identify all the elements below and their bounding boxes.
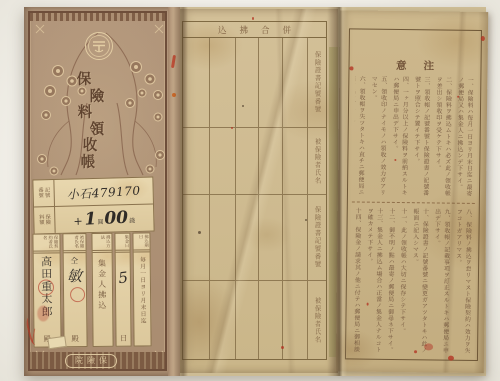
premium-amount-handwritten: + 1 圓 00 錢 bbox=[73, 207, 137, 230]
red-seal bbox=[70, 287, 85, 302]
notice-title: 意注 bbox=[349, 57, 480, 74]
combined-payment-page: 込拂合併 保險證書記號番號 bbox=[180, 9, 338, 373]
grid-cell bbox=[210, 38, 236, 128]
notice-item: 六、領收帳ヲ失ツタトキハ直チニ郵便局ニ届ケ出テ下サイ。 bbox=[354, 75, 365, 195]
collection-day-body: 5 日 bbox=[115, 253, 131, 346]
grid-cell bbox=[283, 195, 308, 281]
row-label: 被保險者氏名 bbox=[313, 138, 322, 185]
notice-item: 五、領收印ノナイモノハ領收ノ效力ガアリマセン。 bbox=[366, 76, 387, 196]
grid-cell bbox=[259, 281, 283, 359]
premium-label-cell: 保險料額 bbox=[34, 207, 56, 234]
serial-premium-slip: 記號番號 小石479170 保險料額 + 1 圓 bbox=[32, 177, 154, 235]
notice-border-frame: 意注 一、保險料ハ毎月一日ヨリ月末日迄ニ最寄ノ郵便局又ハ集金人ニ拂込ンデ下サイ。… bbox=[345, 28, 482, 361]
grid-cell bbox=[236, 38, 259, 128]
red-stain bbox=[394, 159, 396, 161]
receipt-booklet: 保險料領收帳 記號番號 小石479170 保險料額 bbox=[24, 7, 486, 376]
row-label: 被保險者氏名 bbox=[313, 297, 322, 344]
row-label-cell: 被保險者氏名 bbox=[308, 281, 326, 359]
serial-value-cell: 小石479170 bbox=[54, 178, 153, 206]
notice-item: 九、領收帳ノ記載事項ヲ訂正スルトキハ郵便局ニ申出デ下サイ。 bbox=[429, 208, 450, 354]
issuer-banner: 院險保 bbox=[65, 354, 117, 368]
serial-label: 記號番號 bbox=[37, 187, 50, 199]
grid-cell bbox=[283, 281, 308, 359]
dashed-divider bbox=[352, 201, 475, 204]
grid-cell bbox=[259, 38, 283, 128]
row-label-cell: 保險證書記號番號 bbox=[308, 195, 326, 281]
booklet-title: 保險料領收帳 bbox=[71, 68, 109, 168]
policyholder-header: 保險契約者氏名 bbox=[33, 234, 59, 253]
notice-item: 一、保險料ハ毎月一日ヨリ月末日迄ニ最寄ノ郵便局又ハ集金人ニ拂込ンデ下サイ。 bbox=[453, 77, 474, 197]
red-seal-smudge bbox=[37, 305, 49, 321]
due-period-column: 拂込期日 毎月一日ヨリ月末日迄 bbox=[133, 232, 152, 346]
red-stain bbox=[448, 356, 454, 361]
serial-row: 記號番號 小石479170 bbox=[33, 178, 153, 208]
red-stain bbox=[367, 303, 369, 306]
table-title: 込拂合併 bbox=[183, 22, 326, 38]
table-frame: 込拂合併 保險證書記號番號 bbox=[182, 21, 327, 360]
notice-item: 十一、此ノ領收帳ハ大切ニ保存シテ下サイ。 bbox=[396, 208, 407, 354]
insured-header: 被保險者氏名 bbox=[63, 234, 85, 253]
payment-method-column: 拂込方法 集金人拂込 bbox=[91, 233, 113, 347]
cover-spine bbox=[168, 7, 180, 376]
policy-info-slip: 保險契約者氏名 高田重太郎 殿 被保險者氏名 仝敏 殿 bbox=[32, 232, 151, 345]
due-period-header: 拂込期日 bbox=[134, 233, 150, 252]
red-stain bbox=[414, 350, 417, 353]
day-suffix: 日 bbox=[116, 333, 131, 344]
photo-background: 保險料領收帳 記號番號 小石479170 保險料額 bbox=[0, 0, 500, 381]
premium-value-cell: + 1 圓 00 錢 bbox=[55, 205, 154, 233]
notice-item: 十三、集金人ニ拂込ム場合ハ正當ノ集金人ナルコトヲ確カメテ下サイ。 bbox=[362, 208, 383, 354]
premium-sen-unit: 錢 bbox=[129, 215, 135, 224]
notice-item: 三、領收帳ノ記號番號ト保險證書ノ記號番號トヲ照合シテ置イテ下サイ。 bbox=[410, 76, 431, 196]
due-period-body: 毎月一日ヨリ月末日迄 bbox=[134, 252, 151, 345]
notice-bottom-block: 八、保險料ノ拂込ヲ怠リマスト保險契約ハ效力ヲ失フコトガアリマス。 九、領收帳ノ記… bbox=[352, 207, 472, 354]
notice-item: 十四、保險金ノ請求其ノ他ニ付テハ郵便局ニ御相談下サイ。 bbox=[352, 207, 361, 353]
red-stain bbox=[281, 346, 284, 349]
notice-top-block: 一、保險料ハ毎月一日ヨリ月末日迄ニ最寄ノ郵便局又ハ集金人ニ拂込ンデ下サイ。 二、… bbox=[354, 75, 473, 196]
insured-column: 被保險者氏名 仝敏 殿 bbox=[62, 233, 87, 347]
grid-cell bbox=[210, 281, 236, 359]
red-stain bbox=[424, 343, 433, 350]
notice-item: 八、保險料ノ拂込ヲ怠リマスト保險契約ハ效力ヲ失フコトガアリマス。 bbox=[451, 209, 472, 355]
grid-cell bbox=[236, 128, 259, 195]
cover-top-pattern-band bbox=[30, 13, 165, 21]
table-grid: 保險證書記號番號 被保險者氏名 bbox=[183, 38, 326, 359]
grid-cell bbox=[183, 195, 210, 281]
grid-cell bbox=[183, 281, 210, 359]
collection-day-header: 集金日 bbox=[115, 234, 130, 253]
premium-label: 保險料額 bbox=[38, 214, 51, 226]
grid-cell bbox=[283, 38, 308, 128]
red-seal bbox=[38, 279, 54, 295]
serial-label-cell: 記號番號 bbox=[33, 180, 55, 207]
row-label: 保險證書記號番號 bbox=[313, 51, 322, 113]
red-stain bbox=[481, 36, 485, 41]
notice-page: 意注 一、保險料ハ毎月一日ヨリ月末日迄ニ最寄ノ郵便局又ハ集金人ニ拂込ンデ下サイ。… bbox=[336, 10, 488, 373]
grid-cell bbox=[236, 281, 259, 359]
notice-item: 四、一ヶ月分以上ノ保險料ヲ前納スルトキハ郵便局ニ申出デ下サイ。 bbox=[388, 76, 409, 196]
grid-cell bbox=[236, 195, 259, 281]
insured-name-handwritten: 仝敏 bbox=[63, 256, 85, 285]
red-stain bbox=[457, 96, 459, 98]
payment-method-body: 集金人拂込 bbox=[92, 253, 112, 346]
premium-yen-unit: 圓 bbox=[97, 217, 103, 226]
collection-day-handwritten: 5 bbox=[115, 268, 132, 288]
grid-cell bbox=[183, 128, 210, 195]
due-period-value: 毎月一日ヨリ月末日迄 bbox=[137, 256, 147, 324]
postal-insurance-emblem-icon bbox=[85, 32, 113, 60]
cover-bottom-pattern-band: 院險保 bbox=[30, 352, 165, 369]
grid-cell bbox=[283, 128, 308, 195]
red-stain bbox=[349, 66, 353, 70]
row-label-cell: 保險證書記號番號 bbox=[308, 38, 326, 128]
ink-speck bbox=[305, 219, 307, 221]
grid-cell bbox=[259, 128, 283, 195]
premium-yen: 1 bbox=[84, 209, 97, 229]
notice-item: 二、保險料ヲ拂込ムトキハ必ズ此ノ領收帳ヲ差出シ領收印ヲ受ケテ下サイ。 bbox=[431, 76, 452, 196]
cover-page: 保險料領收帳 記號番號 小石479170 保險料額 bbox=[24, 7, 180, 376]
grid-cell bbox=[183, 38, 210, 128]
collection-day-column: 集金日 5 日 bbox=[114, 233, 132, 347]
ink-speck bbox=[198, 231, 201, 234]
payment-method-header: 拂込方法 bbox=[92, 234, 111, 253]
orange-dot-stain bbox=[172, 93, 176, 97]
insured-body: 仝敏 殿 bbox=[63, 253, 86, 346]
red-streak-stain bbox=[171, 55, 176, 68]
premium-prefix: + bbox=[73, 215, 83, 228]
notice-item: 十二、御不明ノ點ハ最寄ノ郵便局ニ御尋ネ下サイ。 bbox=[384, 208, 395, 354]
red-stain bbox=[252, 17, 254, 20]
ink-speck bbox=[242, 105, 244, 107]
notice-item: 十、保險證書ノ記號番號ニ變更ガアツタトキハ此ノ帳面ニ記入シマス。 bbox=[408, 208, 429, 354]
grid-cell bbox=[210, 128, 236, 195]
premium-row: 保險料額 + 1 圓 00 錢 bbox=[34, 205, 154, 234]
grid-cell bbox=[259, 195, 283, 281]
red-stain bbox=[231, 127, 233, 129]
premium-sen: 00 bbox=[104, 208, 128, 229]
row-label-cell: 被保險者氏名 bbox=[308, 128, 326, 195]
row-label: 保險證書記號番號 bbox=[313, 206, 322, 268]
payment-method-value: 集金人拂込 bbox=[96, 259, 108, 312]
serial-number-handwritten: 小石479170 bbox=[66, 181, 141, 202]
honorific-dono: 殿 bbox=[64, 333, 86, 344]
grid-cell bbox=[210, 195, 236, 281]
